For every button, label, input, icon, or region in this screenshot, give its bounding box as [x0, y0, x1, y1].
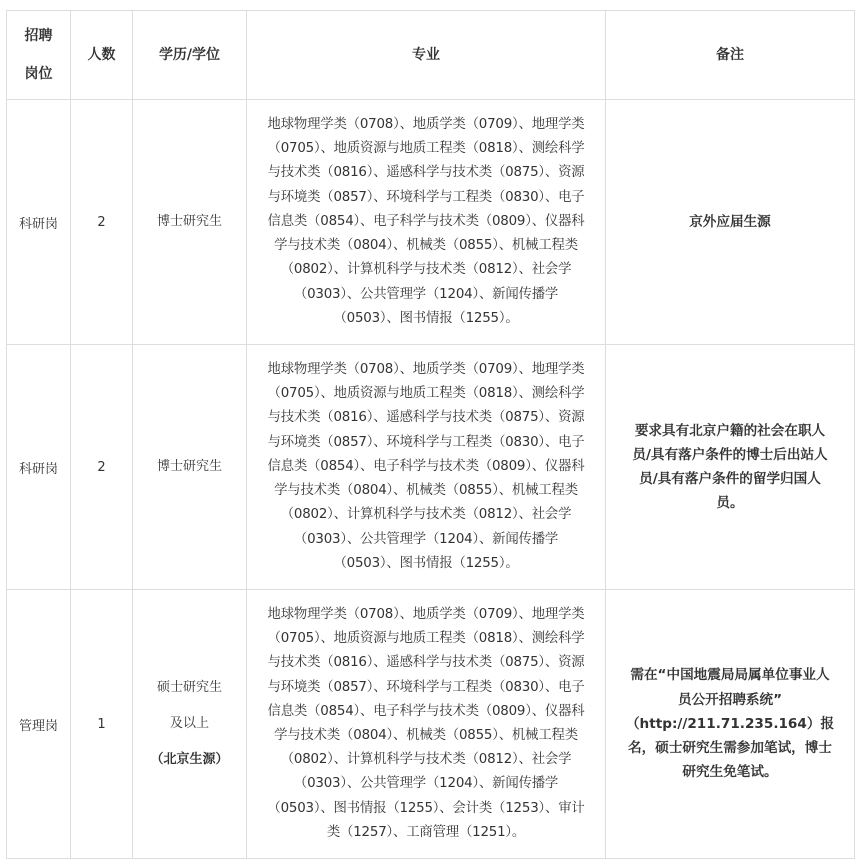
major-line: 地球物理学类（0708）、地质学类（0709）、地理学类 [255, 113, 597, 137]
cell-remarks: 需在“中国地震局局属单位事业人 员公开招聘系统” （http://211.71.… [606, 590, 855, 859]
major-line: 与环境类（0857）、环境科学与工程类（0830）、电子 [255, 431, 597, 455]
table-row: 科研岗 2 博士研究生 地球物理学类（0708）、地质学类（0709）、地理学类… [7, 100, 855, 345]
header-count: 人数 [71, 11, 133, 100]
remarks-line: 员/具有落户条件的留学归国人 [614, 467, 846, 491]
cell-position: 科研岗 [7, 100, 71, 345]
remarks-line: 要求具有北京户籍的社会在职人 [614, 419, 846, 443]
major-line: 信息类（0854）、电子科学与技术类（0809）、仪器科 [255, 700, 597, 724]
remarks-line: 员。 [614, 491, 846, 515]
major-line: 与环境类（0857）、环境科学与工程类（0830）、电子 [255, 186, 597, 210]
education-line: 博士研究生 [141, 204, 238, 240]
major-line: 信息类（0854）、电子科学与技术类（0809）、仪器科 [255, 210, 597, 234]
major-line: （0705）、地质资源与地质工程类（0818）、测绘科学 [255, 137, 597, 161]
major-line: 学与技术类（0804）、机械类（0855）、机械工程类 [255, 479, 597, 503]
major-line: （0705）、地质资源与地质工程类（0818）、测绘科学 [255, 382, 597, 406]
cell-major: 地球物理学类（0708）、地质学类（0709）、地理学类 （0705）、地质资源… [247, 345, 606, 590]
major-line: 与技术类（0816）、遥感科学与技术类（0875）、资源 [255, 651, 597, 675]
remarks-line: 京外应届生源 [614, 210, 846, 234]
cell-count: 1 [71, 590, 133, 859]
header-major: 专业 [247, 11, 606, 100]
remarks-link-line: （http://211.71.235.164）报 [614, 712, 846, 736]
table-row: 管理岗 1 硕士研究生 及以上 （北京生源） 地球物理学类（0708）、地质学类… [7, 590, 855, 859]
major-line: 与技术类（0816）、遥感科学与技术类（0875）、资源 [255, 161, 597, 185]
cell-remarks: 要求具有北京户籍的社会在职人 员/具有落户条件的博士后出站人 员/具有落户条件的… [606, 345, 855, 590]
education-line: 及以上 [141, 706, 238, 742]
cell-education: 博士研究生 [133, 100, 247, 345]
cell-count: 2 [71, 345, 133, 590]
education-line: 博士研究生 [141, 449, 238, 485]
education-line: 硕士研究生 [141, 670, 238, 706]
education-source-note: （北京生源） [141, 742, 238, 778]
major-line: （0303）、公共管理学（1204）、新闻传播学 [255, 283, 597, 307]
remarks-line: 名，硕士研究生需参加笔试，博士 [614, 736, 846, 760]
remarks-line: 研究生免笔试。 [614, 760, 846, 784]
major-line: 与环境类（0857）、环境科学与工程类（0830）、电子 [255, 676, 597, 700]
major-line: 学与技术类（0804）、机械类（0855）、机械工程类 [255, 724, 597, 748]
major-line: 地球物理学类（0708）、地质学类（0709）、地理学类 [255, 358, 597, 382]
header-education: 学历/学位 [133, 11, 247, 100]
major-line: （0503）、图书情报（1255）。 [255, 552, 597, 576]
major-line: （0303）、公共管理学（1204）、新闻传播学 [255, 528, 597, 552]
header-position: 招聘 岗位 [7, 11, 71, 100]
cell-major: 地球物理学类（0708）、地质学类（0709）、地理学类 （0705）、地质资源… [247, 100, 606, 345]
header-row: 招聘 岗位 人数 学历/学位 专业 备注 [7, 11, 855, 100]
cell-position: 科研岗 [7, 345, 71, 590]
cell-remarks: 京外应届生源 [606, 100, 855, 345]
major-line: （0802）、计算机科学与技术类（0812）、社会学 [255, 503, 597, 527]
major-line: （0802）、计算机科学与技术类（0812）、社会学 [255, 748, 597, 772]
header-position-line-2: 岗位 [15, 55, 62, 93]
major-line: （0802）、计算机科学与技术类（0812）、社会学 [255, 258, 597, 282]
cell-position: 管理岗 [7, 590, 71, 859]
major-line: 地球物理学类（0708）、地质学类（0709）、地理学类 [255, 603, 597, 627]
cell-major: 地球物理学类（0708）、地质学类（0709）、地理学类 （0705）、地质资源… [247, 590, 606, 859]
major-line: 信息类（0854）、电子科学与技术类（0809）、仪器科 [255, 455, 597, 479]
header-remarks: 备注 [606, 11, 855, 100]
remarks-line: 员/具有落户条件的博士后出站人 [614, 443, 846, 467]
cell-count: 2 [71, 100, 133, 345]
major-line: （0503）、图书情报（1255）、会计类（1253）、审计 [255, 797, 597, 821]
cell-education: 博士研究生 [133, 345, 247, 590]
major-line: （0705）、地质资源与地质工程类（0818）、测绘科学 [255, 627, 597, 651]
major-line: （0303）、公共管理学（1204）、新闻传播学 [255, 772, 597, 796]
major-line: （0503）、图书情报（1255）。 [255, 307, 597, 331]
header-position-line-1: 招聘 [15, 17, 62, 55]
major-line: 与技术类（0816）、遥感科学与技术类（0875）、资源 [255, 406, 597, 430]
major-line: 学与技术类（0804）、机械类（0855）、机械工程类 [255, 234, 597, 258]
recruitment-table: 招聘 岗位 人数 学历/学位 专业 备注 科研岗 2 博士研究生 地球物理学类（… [6, 10, 855, 859]
cell-education: 硕士研究生 及以上 （北京生源） [133, 590, 247, 859]
remarks-line: 员公开招聘系统” [614, 688, 846, 712]
remarks-line: 需在“中国地震局局属单位事业人 [614, 663, 846, 687]
major-line: 类（1257）、工商管理（1251）。 [255, 821, 597, 845]
table-row: 科研岗 2 博士研究生 地球物理学类（0708）、地质学类（0709）、地理学类… [7, 345, 855, 590]
